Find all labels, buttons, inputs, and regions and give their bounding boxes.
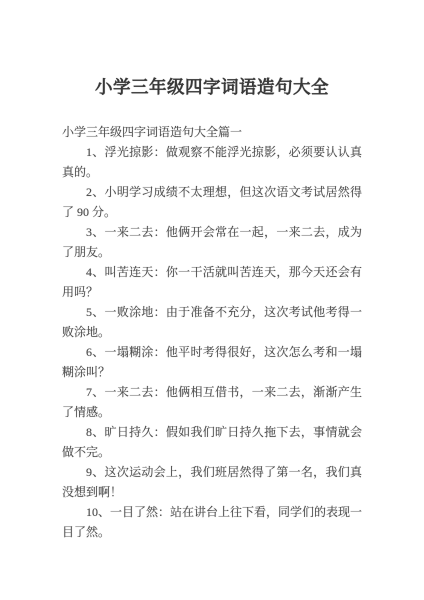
sentence-item: 10、一目了然：站在讲台上往下看，同学们的表现一目了然。 bbox=[62, 502, 362, 542]
sentence-item: 7、一来二去：他俩相互借书，一来二去，渐渐产生了情感。 bbox=[62, 382, 362, 422]
section-subtitle: 小学三年级四字词语造句大全篇一 bbox=[62, 122, 362, 142]
document-page: 小学三年级四字词语造句大全 小学三年级四字词语造句大全篇一 1、浮光掠影：做观察… bbox=[0, 0, 424, 600]
sentence-list: 1、浮光掠影：做观察不能浮光掠影，必须要认认真真的。2、小明学习成绩不太理想，但… bbox=[62, 142, 362, 542]
sentence-item: 9、这次运动会上，我们班居然得了第一名，我们真没想到啊！ bbox=[62, 462, 362, 502]
sentence-item: 6、一塌糊涂：他平时考得很好，这次怎么考和一塌糊涂叫？ bbox=[62, 342, 362, 382]
document-content: 小学三年级四字词语造句大全 小学三年级四字词语造句大全篇一 1、浮光掠影：做观察… bbox=[0, 0, 424, 542]
sentence-item: 4、叫苦连天：你一干活就叫苦连天，那今天还会有用吗？ bbox=[62, 262, 362, 302]
sentence-item: 5、一败涂地：由于准备不充分，这次考试他考得一败涂地。 bbox=[62, 302, 362, 342]
document-body: 小学三年级四字词语造句大全篇一 1、浮光掠影：做观察不能浮光掠影，必须要认认真真… bbox=[62, 122, 362, 542]
sentence-item: 1、浮光掠影：做观察不能浮光掠影，必须要认认真真的。 bbox=[62, 142, 362, 182]
sentence-item: 3、一来二去：他俩开会常在一起，一来二去，成为了朋友。 bbox=[62, 222, 362, 262]
page-title: 小学三年级四字词语造句大全 bbox=[62, 74, 362, 100]
sentence-item: 8、旷日持久：假如我们旷日持久拖下去，事情就会做不完。 bbox=[62, 422, 362, 462]
sentence-item: 2、小明学习成绩不太理想，但这次语文考试居然得了 90 分。 bbox=[62, 182, 362, 222]
